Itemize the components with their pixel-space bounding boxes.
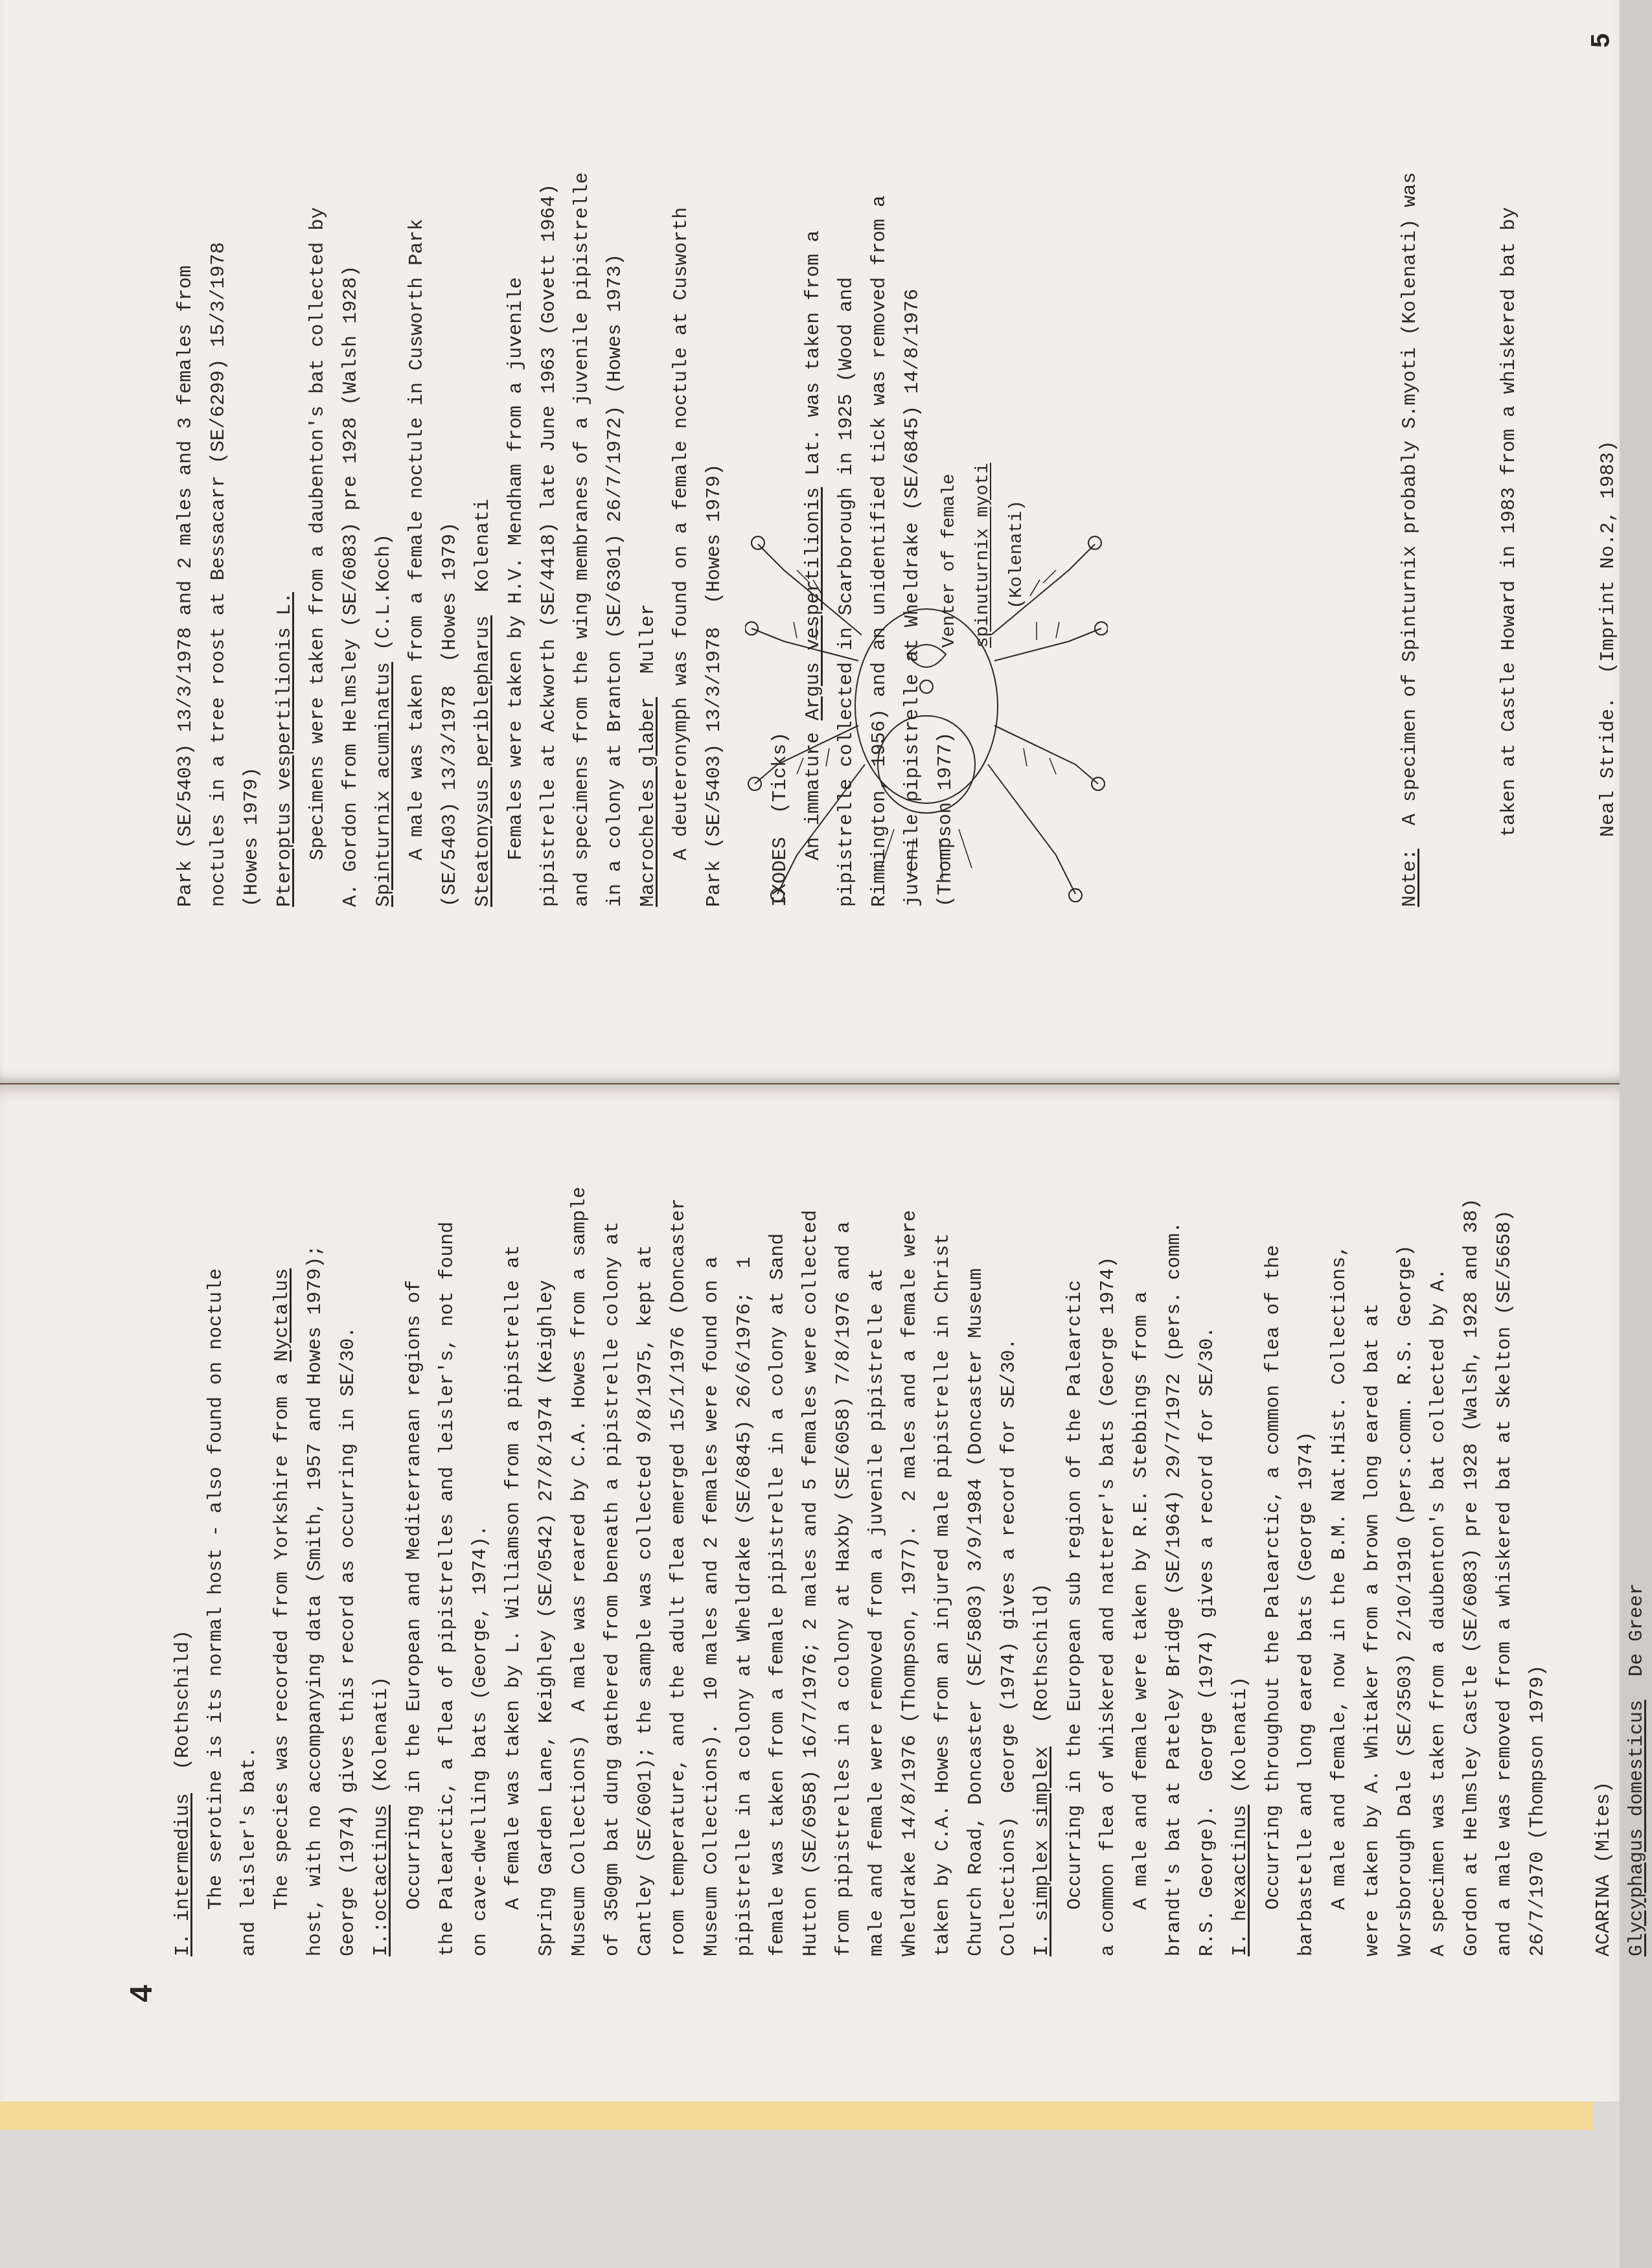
text-line: the Palearctic, a flea of pipistrelles a… bbox=[431, 1114, 465, 1956]
text-line: A deuteronymph was found on a female noc… bbox=[665, 97, 698, 907]
page-4-body: I. intermedius (Rothschild)The serotine … bbox=[167, 1114, 1652, 1956]
text-line: Hutton (SE/6958) 16/7/1976; 2 males and … bbox=[795, 1114, 828, 1956]
text-line: Macrocheles glaber Muller bbox=[632, 97, 665, 907]
species-name: Spinturnix acuminatus bbox=[373, 662, 395, 907]
caption-author: (Kolenati) bbox=[1000, 463, 1034, 648]
text-line: The serotine is its normal host - also f… bbox=[200, 1114, 233, 1956]
text-line: A. Gordon from Helmsley (SE/6083) pre 19… bbox=[335, 97, 368, 907]
text-line: Occurring in the European sub region of … bbox=[1059, 1114, 1092, 1956]
text-line: Spinturnix acuminatus (C.L.Koch) bbox=[368, 97, 401, 907]
caption-species: spinuturnix myoti bbox=[967, 463, 1000, 648]
text-line: in a colony at Branton (SE/6301) 26/7/19… bbox=[599, 97, 632, 907]
text-line: Specimens were taken from a daubenton's … bbox=[302, 97, 335, 907]
text-line: Cantley (SE/6001); the sample was collec… bbox=[630, 1114, 663, 1956]
text-line: I. intermedius (Rothschild) bbox=[167, 1114, 200, 1956]
text-line: barbastelle and long eared bats (George … bbox=[1291, 1114, 1324, 1956]
text-line: male and female were removed from a juve… bbox=[861, 1114, 894, 1956]
text-line bbox=[1555, 1114, 1588, 1956]
page-number: 5 bbox=[1587, 33, 1616, 47]
text-line: I.:octactinus (Kolenati) bbox=[365, 1114, 398, 1956]
species-name: I.:octactinus bbox=[371, 1805, 393, 1956]
species-name: I. intermedius bbox=[172, 1793, 194, 1956]
text-line: (SE/5403) 13/3/1978 (Howes 1979) bbox=[434, 97, 467, 907]
text-line: (Howes 1979) bbox=[236, 97, 269, 907]
text-line: Steatonysus periblepharus Kolenati bbox=[467, 97, 500, 907]
text-line: female was taken from a female pipistrel… bbox=[762, 1114, 795, 1956]
text-line: of 350gm bat dung gathered from beneath … bbox=[597, 1114, 630, 1956]
text-line: Collections) George (1974) gives a recor… bbox=[993, 1114, 1026, 1956]
species-name: Steatonysus periblepharus bbox=[472, 615, 494, 907]
text-line: host, with no accompanying data (Smith, … bbox=[299, 1114, 332, 1956]
species-name: Pteroptus vespertilionis L. bbox=[274, 592, 296, 907]
page-number: 4 bbox=[124, 1985, 159, 2002]
text-line: Spring Garden Lane, Keighley (SE/0542) 2… bbox=[531, 1114, 564, 1956]
text-line: Park (SE/5403) 13/3/1978 and 2 males and… bbox=[170, 97, 203, 907]
text-line: A specimen was taken from a daubenton's … bbox=[1423, 1114, 1456, 1956]
text-line: and a male was removed from a whiskered … bbox=[1489, 1114, 1522, 1956]
text-line: Worsborough Dale (SE/3503) 2/10/1910 (pe… bbox=[1390, 1114, 1423, 1956]
mite-illustration-icon bbox=[745, 492, 1108, 959]
note-line-3: Neal Stride. (Imprint No.2, 1983) bbox=[1592, 97, 1625, 907]
text-line: noctules in a tree roost at Bessacarr (S… bbox=[203, 97, 236, 907]
text-line: A male and female, now in the B.M. Nat.H… bbox=[1324, 1114, 1357, 1956]
text-line: George (1974) gives this record as occur… bbox=[332, 1114, 365, 1956]
species-name: I. hexactinus bbox=[1230, 1805, 1252, 1956]
text-line: The species was recorded from Yorkshire … bbox=[266, 1114, 299, 1956]
species-name: I. simplex simplex bbox=[1031, 1747, 1053, 1956]
text-line: Pteroptus vespertilionis L. bbox=[269, 97, 302, 907]
caption-line-1: Venter of female bbox=[933, 463, 967, 648]
text-line: 26/7/1970 (Thompson 1979) bbox=[1522, 1114, 1555, 1956]
text-line: I. hexactinus (Kolenati) bbox=[1224, 1114, 1257, 1956]
text-line: were taken by A. Whitaker from a brown l… bbox=[1357, 1114, 1390, 1956]
note-line-1: A specimen of Spinturnix probably S.myot… bbox=[1399, 172, 1421, 825]
text-line: I. simplex simplex (Rothschild) bbox=[1026, 1114, 1059, 1956]
text-line: and leisler's bat. bbox=[233, 1114, 266, 1956]
species-name: Macrocheles glaber bbox=[637, 697, 660, 907]
text-line: Occurring in the European and Mediterran… bbox=[398, 1114, 431, 1956]
figure bbox=[745, 143, 1328, 855]
text-line: A female was taken by L. Williamson from… bbox=[498, 1114, 531, 1956]
text-line: A male and female were taken by R.E. Ste… bbox=[1125, 1114, 1158, 1956]
text-line: room temperature, and the adult flea eme… bbox=[663, 1114, 696, 1956]
text-line: from pipistrelles in a colony at Haxby (… bbox=[828, 1114, 861, 1956]
text-line: and specimens from the wing membranes of… bbox=[566, 97, 599, 907]
page-5-note: Note: A specimen of Spinturnix probably … bbox=[1328, 97, 1652, 907]
text-line: Occurring throughout the Palearctic, a c… bbox=[1257, 1114, 1291, 1956]
species-name: Nyctalus bbox=[271, 1268, 293, 1362]
text-line: Church Road, Doncaster (SE/5803) 3/9/198… bbox=[960, 1114, 993, 1956]
note-label: Note: bbox=[1399, 849, 1421, 907]
text-line: pipistrelle at Ackworth (SE/4418) late J… bbox=[533, 97, 566, 907]
text-line: pipistrelle in a colony at Wheldrake (SE… bbox=[729, 1114, 762, 1956]
figure-caption: Venter of female spinuturnix myoti (Kole… bbox=[933, 463, 1034, 648]
text-line: Gordon at Helmsley Castle (SE/6083) pre … bbox=[1456, 1114, 1489, 1956]
note-line-2: taken at Castle Howard in 1983 from a wh… bbox=[1493, 97, 1526, 907]
text-line: brandt's bat at Pateley Bridge (SE/1964)… bbox=[1158, 1114, 1191, 1956]
text-line: ACARINA (Mites) bbox=[1588, 1114, 1621, 1956]
text-line: R.S. George). George (1974) gives a reco… bbox=[1191, 1114, 1224, 1956]
page-edge bbox=[0, 2102, 1594, 2130]
text-line: on cave-dwelling bats (George, 1974). bbox=[465, 1114, 498, 1956]
species-name: Glycyphagus domesticus bbox=[1626, 1700, 1648, 1956]
text-line: Museum Collections) A male was reared by… bbox=[564, 1114, 597, 1956]
text-line: taken by C.A. Howes from an injured male… bbox=[927, 1114, 960, 1956]
text-line: A male was taken from a female noctule i… bbox=[401, 97, 434, 907]
text-line: a common flea of whiskered and natterer'… bbox=[1092, 1114, 1125, 1956]
text-line: Wheldrake 14/8/1976 (Thompson, 1977). 2 … bbox=[894, 1114, 927, 1956]
text-line: Park (SE/5403) 13/3/1978 (Howes 1979) bbox=[698, 97, 731, 907]
text-line: Females were taken by H.V. Mendham from … bbox=[500, 97, 533, 907]
text-line: Glycyphagus domesticus De Greer bbox=[1621, 1114, 1652, 1956]
text-line: Museum Collections). 10 males and 2 fema… bbox=[696, 1114, 729, 1956]
